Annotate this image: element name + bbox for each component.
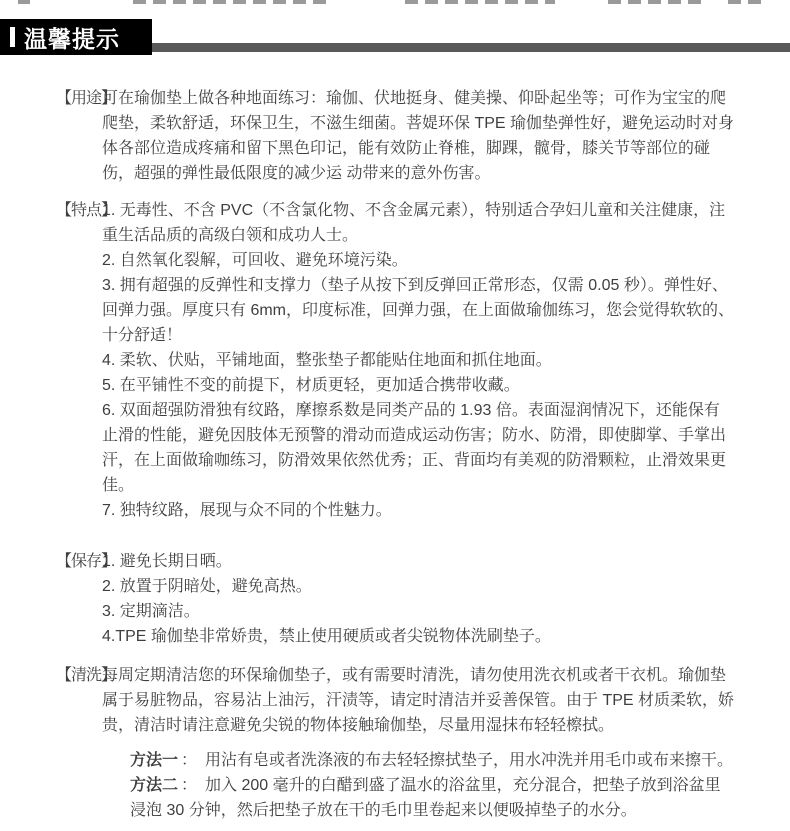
section-header-banner: 温馨提示 [0,19,152,55]
section-paragraph: 1. 无毒性、不含 PVC（不含氯化物、不含金属元素），特别适合孕妇儿童和关注健… [102,198,735,248]
section-paragraph: 7. 独特纹路，展现与众不同的个性魅力。 [102,498,735,523]
cropped-text-fragment [608,0,703,4]
methods-block: 方法一：用沾有皂或者洗涤液的布去轻轻擦拭垫子，用水冲洗并用毛巾或布来擦干。 方法… [130,748,735,823]
cropped-text-fragment [728,0,762,4]
header-divider-bar [152,43,790,52]
section-paragraph: 可在瑜伽垫上做各种地面练习：瑜伽、伏地挺身、健美操、仰卧起坐等；可作为宝宝的爬爬… [102,86,735,186]
method-colon: ： [181,752,197,769]
section-storage: 【保存】 1. 避免长期日晒。 2. 放置于阴暗处，避免高热。 3. 定期滴洁。… [58,549,735,649]
method-colon: ： [181,777,197,794]
method-text: 加入 200 毫升的白醋到盛了温水的浴盆里，充分混合，把垫子放到浴盆里浸泡 30… [130,777,721,819]
header-accent-bar [10,27,15,47]
section-label: 【用途】 [56,86,116,111]
section-paragraph: 每周定期清洁您的环保瑜伽垫子，或有需要时清洗，请勿使用洗衣机或者干衣机。瑜伽垫属… [102,663,735,738]
section-paragraph: 3. 拥有超强的反弹性和支撑力（垫子从按下到反弹回正常形态，仅需 0.05 秒）… [102,273,735,348]
section-paragraph: 5. 在平铺性不变的前提下，材质更轻，更加适合携带收藏。 [102,373,735,398]
method-paragraph: 方法二：加入 200 毫升的白醋到盛了温水的浴盆里，充分混合，把垫子放到浴盆里浸… [130,773,735,823]
method-name: 方法一 [130,752,178,769]
section-usage: 【用途】 可在瑜伽垫上做各种地面练习：瑜伽、伏地挺身、健美操、仰卧起坐等；可作为… [58,86,735,186]
section-paragraph: 1. 避免长期日晒。 [102,549,735,574]
section-label: 【清洗】 [56,663,116,688]
page-title: 温馨提示 [24,21,120,54]
method-item: 方法二：加入 200 毫升的白醋到盛了温水的浴盆里，充分混合，把垫子放到浴盆里浸… [130,773,735,823]
cropped-text-fragment [18,0,30,4]
content-area: 【用途】 可在瑜伽垫上做各种地面练习：瑜伽、伏地挺身、健美操、仰卧起坐等；可作为… [58,86,735,823]
method-name: 方法二 [130,777,178,794]
section-paragraph: 3. 定期滴洁。 [102,599,735,624]
section-paragraph: 4.TPE 瑜伽垫非常娇贵，禁止使用硬质或者尖锐物体洗刷垫子。 [102,624,735,649]
method-text: 用沾有皂或者洗涤液的布去轻轻擦拭垫子，用水冲洗并用毛巾或布来擦干。 [205,752,733,769]
section-paragraph: 2. 放置于阴暗处，避免高热。 [102,574,735,599]
section-label: 【特点】 [56,198,116,223]
page-root: { "theme": { "background": "#ffffff", "h… [0,0,790,831]
section-cleaning: 【清洗】 每周定期清洁您的环保瑜伽垫子，或有需要时清洗，请勿使用洗衣机或者干衣机… [58,663,735,738]
cropped-text-fragment [133,0,333,4]
cropped-text-fragment [405,0,555,4]
section-paragraph: 6. 双面超强防滑独有纹路，摩擦系数是同类产品的 1.93 倍。表面湿润情况下，… [102,398,735,498]
section-features: 【特点】 1. 无毒性、不含 PVC（不含氯化物、不含金属元素），特别适合孕妇儿… [58,198,735,523]
method-paragraph: 方法一：用沾有皂或者洗涤液的布去轻轻擦拭垫子，用水冲洗并用毛巾或布来擦干。 [130,748,735,773]
method-item: 方法一：用沾有皂或者洗涤液的布去轻轻擦拭垫子，用水冲洗并用毛巾或布来擦干。 [130,748,735,773]
section-label: 【保存】 [56,549,116,574]
section-paragraph: 4. 柔软、伏贴，平铺地面，整张垫子都能贴住地面和抓住地面。 [102,348,735,373]
section-paragraph: 2. 自然氧化裂解，可回收、避免环境污染。 [102,248,735,273]
